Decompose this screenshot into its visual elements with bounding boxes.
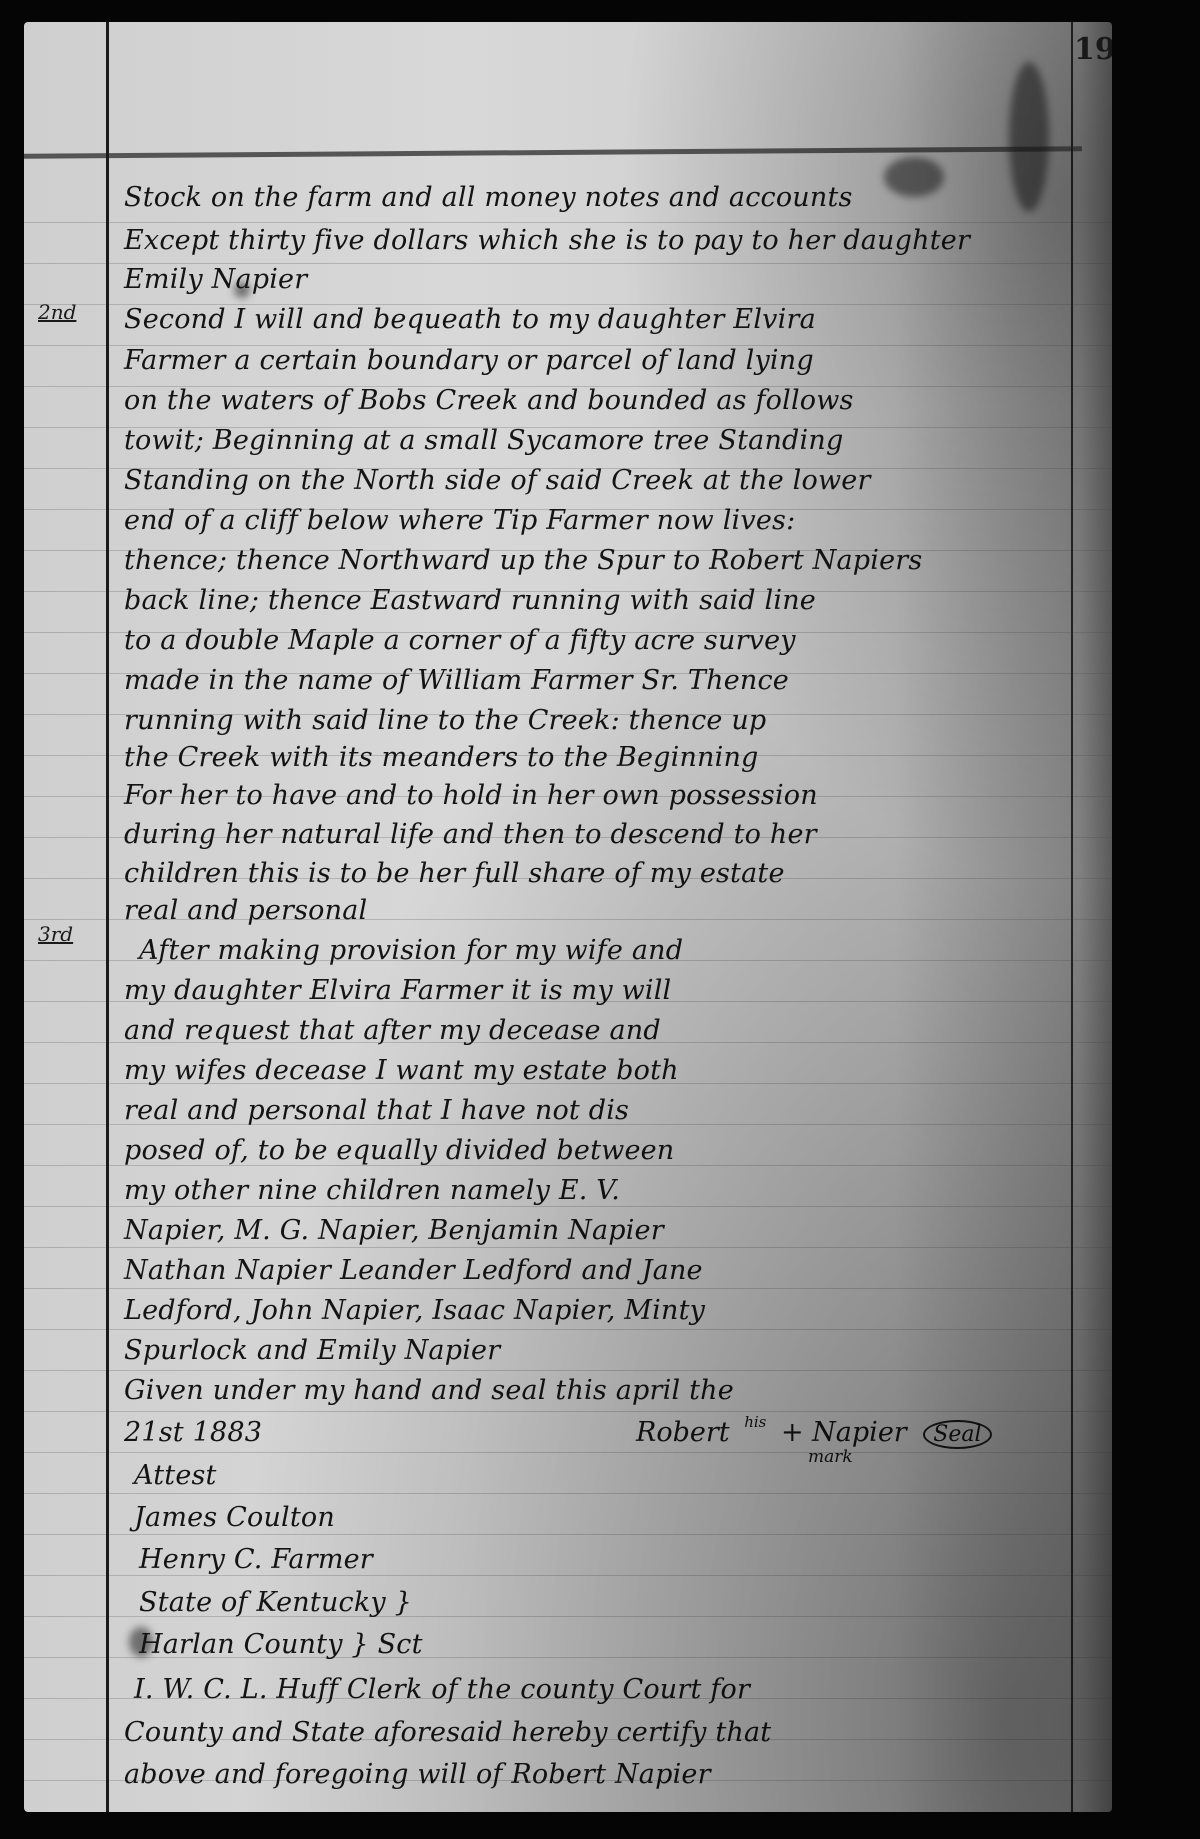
text-line: back line; thence Eastward running with …: [124, 585, 816, 616]
text-line: towit; Beginning at a small Sycamore tre…: [124, 425, 843, 456]
text-line: Standing on the North side of said Creek…: [124, 465, 871, 496]
text-line: Spurlock and Emily Napier: [124, 1335, 500, 1366]
ink-stain: [884, 157, 944, 197]
signature-last-name: Napier: [812, 1417, 907, 1448]
text-line: Harlan County } Sct: [139, 1629, 423, 1660]
text-line: my wifes decease I want my estate both: [124, 1055, 679, 1086]
text-line: Second I will and bequeath to my daughte…: [124, 304, 816, 335]
text-line: posed of, to be equally divided between: [124, 1135, 674, 1166]
text-line: Nathan Napier Leander Ledford and Jane: [124, 1255, 703, 1286]
text-line: real and personal that I have not dis: [124, 1095, 629, 1126]
text-line: I. W. C. L. Huff Clerk of the county Cou…: [134, 1674, 750, 1705]
text-line: Ledford, John Napier, Isaac Napier, Mint…: [124, 1295, 705, 1326]
text-line: end of a cliff below where Tip Farmer no…: [124, 505, 795, 536]
seal-icon: Seal: [923, 1420, 991, 1449]
signature-mark-label: mark: [808, 1447, 853, 1467]
signature-mark-cross-icon: +: [781, 1417, 804, 1448]
margin-note-second: 2nd: [38, 300, 76, 324]
right-margin-line: [1071, 22, 1073, 1812]
text-line: children this is to be her full share of…: [124, 858, 785, 889]
text-line: and request that after my decease and: [124, 1015, 661, 1046]
ink-stain: [1009, 62, 1049, 212]
left-margin-line: [106, 22, 109, 1812]
text-line: my daughter Elvira Farmer it is my will: [124, 975, 671, 1006]
text-line: during her natural life and then to desc…: [124, 819, 817, 850]
text-line: the Creek with its meanders to the Begin…: [124, 742, 759, 773]
text-line: After making provision for my wife and: [139, 935, 683, 966]
text-line: above and foregoing will of Robert Napie…: [124, 1759, 711, 1790]
header-rule: [24, 146, 1082, 158]
signature-block: Robert his + Napier Seal mark: [636, 1417, 992, 1449]
page-number: 19: [1074, 32, 1112, 67]
text-line: Attest: [134, 1460, 217, 1491]
text-line: Stock on the farm and all money notes an…: [124, 182, 853, 213]
text-line: James Coulton: [134, 1502, 335, 1533]
document-page: 19 2nd 3rd Stock on the farm and all mon…: [24, 22, 1112, 1812]
text-line: made in the name of William Farmer Sr. T…: [124, 665, 789, 696]
text-line: Except thirty five dollars which she is …: [124, 225, 970, 256]
text-line: State of Kentucky }: [139, 1587, 412, 1618]
text-line: Henry C. Farmer: [139, 1544, 373, 1575]
text-line: running with said line to the Creek: the…: [124, 705, 766, 736]
text-line: thence; thence Northward up the Spur to …: [124, 545, 922, 576]
signature-his: his: [744, 1413, 766, 1431]
text-line: For her to have and to hold in her own p…: [124, 780, 818, 811]
text-line: County and State aforesaid hereby certif…: [124, 1717, 771, 1748]
text-line: real and personal: [124, 895, 367, 926]
text-line: Napier, M. G. Napier, Benjamin Napier: [124, 1215, 664, 1246]
text-line: on the waters of Bobs Creek and bounded …: [124, 385, 854, 416]
text-line: Given under my hand and seal this april …: [124, 1375, 734, 1406]
text-line: to a double Maple a corner of a fifty ac…: [124, 625, 796, 656]
signature-first-name: Robert: [636, 1417, 730, 1448]
text-line: my other nine children namely E. V.: [124, 1175, 620, 1206]
margin-note-third: 3rd: [38, 922, 73, 946]
text-line: 21st 1883: [124, 1417, 262, 1448]
text-line: Farmer a certain boundary or parcel of l…: [124, 345, 814, 376]
text-line: Emily Napier: [124, 264, 307, 295]
